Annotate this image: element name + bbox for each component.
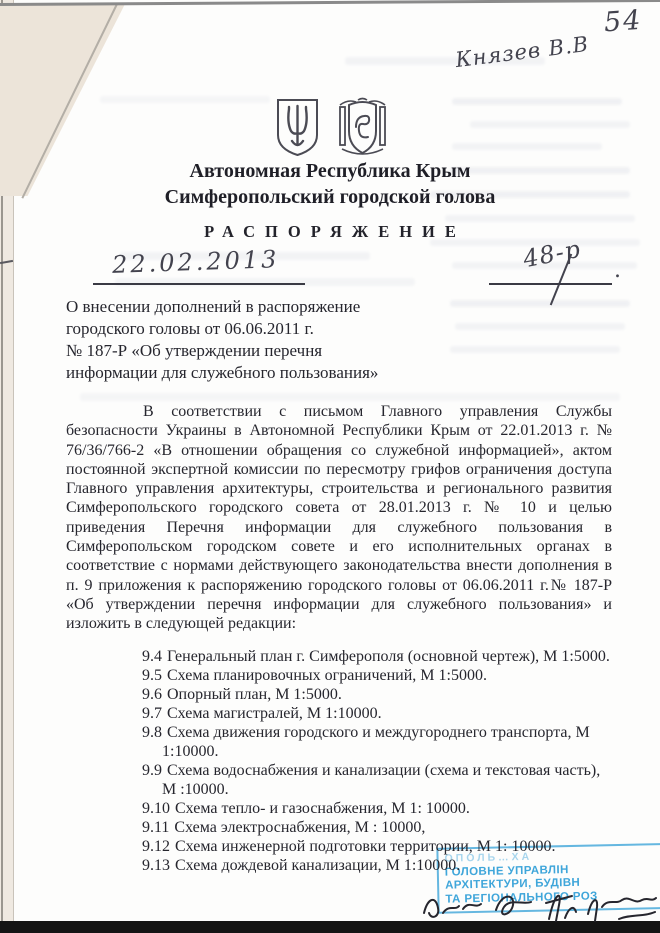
bleedthrough-ghost (80, 393, 620, 401)
list-item: 9.4Генеральный план г. Симферополя (осно… (66, 647, 614, 666)
item-text: Схема тепло- и газоснабжения, М 1: 10000… (175, 800, 470, 817)
subject-line: городского головы от 06.06.2011 г. (66, 318, 486, 340)
item-text: Генеральный план г. Симферополя (основно… (167, 648, 610, 665)
crimea-coat-of-arms-icon (338, 97, 387, 158)
list-item: 9.5Схема планировочных ограничений, М 1:… (66, 666, 614, 685)
item-number: 9.10 (142, 800, 170, 817)
subject-block: О внесении дополнений в распоряжение гор… (66, 296, 486, 384)
item-text: Схема планировочных ограничений, М 1:500… (167, 667, 487, 684)
list-item: 9.9Схема водоснабжения и канализации (сх… (66, 761, 614, 799)
handwritten-date: 22.02.2013 (112, 245, 280, 279)
list-item: 9.12Схема инженерной подготовки территор… (66, 837, 614, 856)
signature-scribbles (418, 883, 660, 928)
list-item: 9.11Схема электроснабжения, М : 10000, (66, 818, 614, 837)
subject-line: № 187-Р «Об утверждении перечня (66, 340, 486, 362)
item-number: 9.7 (142, 705, 162, 722)
number-underline (489, 283, 612, 285)
date-underline (93, 283, 305, 285)
item-number: 9.9 (142, 762, 162, 779)
list-item: 9.7Схема магистралей, М 1:10000. (66, 704, 614, 723)
item-text: Схема инженерной подготовки территории, … (175, 838, 555, 855)
item-number: 9.13 (142, 857, 170, 874)
item-text: Схема дождевой канализации, М 1:10000. (175, 857, 460, 874)
org-name-line2: Симферопольский городской голова (0, 186, 660, 209)
amendment-list: 9.4Генеральный план г. Симферополя (осно… (66, 647, 614, 875)
item-number: 9.11 (142, 819, 169, 836)
item-text: Опорный план, М 1:5000. (167, 686, 342, 703)
handwritten-page-number: 54 (603, 5, 643, 39)
item-number: 9.6 (142, 686, 162, 703)
list-item: 9.8Схема движения городского и междугоро… (66, 723, 614, 761)
item-number: 9.4 (142, 648, 162, 665)
subject-line: информации для служебного пользования» (66, 362, 486, 384)
trailing-dot: . (614, 258, 621, 283)
header-emblems (0, 97, 660, 158)
bleedthrough-ghost (445, 215, 635, 222)
scanned-document: 54 Князев В.В Автономная Республика Крым… (0, 0, 660, 933)
list-item: 9.6Опорный план, М 1:5000. (66, 685, 614, 704)
item-number: 9.12 (142, 838, 170, 855)
list-item: 9.10Схема тепло- и газоснабжения, М 1: 1… (66, 799, 614, 818)
item-number: 9.5 (142, 667, 162, 684)
item-text: Схема движения городского и междугородне… (162, 724, 590, 760)
item-text: Схема магистралей, М 1:10000. (167, 705, 382, 722)
subject-line: О внесении дополнений в распоряжение (66, 296, 486, 318)
item-number: 9.8 (142, 724, 162, 741)
ukraine-trident-emblem-icon (274, 97, 321, 158)
list-item: 9.13Схема дождевой канализации, М 1:1000… (66, 856, 614, 875)
item-text: Схема электроснабжения, М : 10000, (174, 819, 425, 836)
org-name-line1: Автономная Республика Крым (0, 160, 660, 183)
body-paragraph: В соответствии с письмом Главного управл… (66, 402, 612, 634)
item-text: Схема водоснабжения и канализации (схема… (162, 762, 600, 798)
